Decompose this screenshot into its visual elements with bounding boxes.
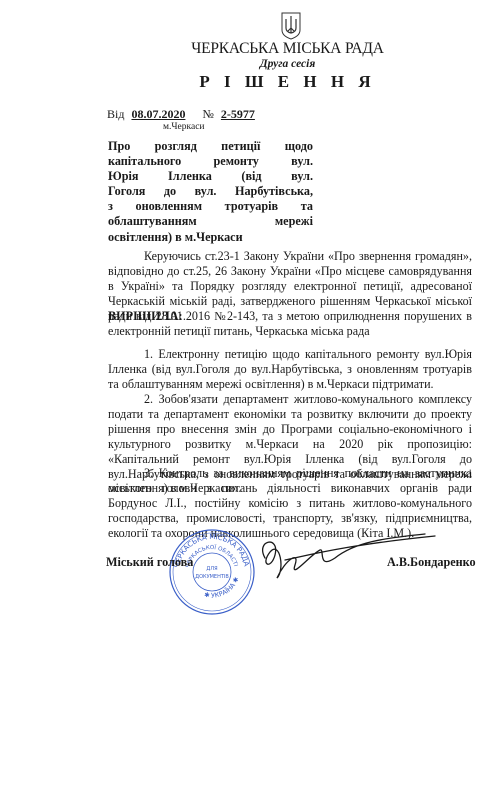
council-name: ЧЕРКАСЬКА МІСЬКА РАДА	[0, 40, 480, 58]
resolved-heading: ВИРІШИЛА:	[108, 309, 183, 324]
subject-line: Юрія Ілленка (від вул.	[108, 169, 313, 184]
resolution-item-1: 1. Електронну петицію щодо капітального …	[108, 347, 472, 392]
subject-line: Про розгляд петиції щодо	[108, 139, 313, 154]
session-label: Друга сесія	[0, 58, 480, 70]
subject-line: облаштуванням мережі	[108, 214, 313, 229]
dateline: Від 08.07.2020 № 2-5977	[107, 107, 255, 122]
from-label: Від	[107, 107, 124, 121]
document-title: Р І Ш Е Н Н Я	[0, 72, 480, 92]
number-label: №	[202, 107, 213, 121]
preamble-paragraph: Керуючись ст.23-1 Закону України «Про зв…	[108, 249, 472, 338]
svg-text:ДЛЯ: ДЛЯ	[206, 566, 217, 572]
signatory-name: А.В.Бондаренко	[387, 555, 476, 570]
subject-line: з оновленням тротуарів та	[108, 199, 313, 214]
subject-line: Гоголя до вул. Нарбутівська,	[108, 184, 313, 199]
decision-subject: Про розгляд петиції щодо капітального ре…	[108, 139, 313, 245]
subject-line: освітлення) в м.Черкаси	[108, 230, 313, 245]
signatory-position: Міський голова	[106, 555, 193, 570]
decision-number: 2-5977	[221, 107, 255, 121]
trident-coat-of-arms-icon	[281, 12, 301, 40]
decision-date: 08.07.2020	[131, 107, 185, 121]
subject-line: капітального ремонту вул.	[108, 154, 313, 169]
city-label: м.Черкаси	[163, 122, 205, 132]
